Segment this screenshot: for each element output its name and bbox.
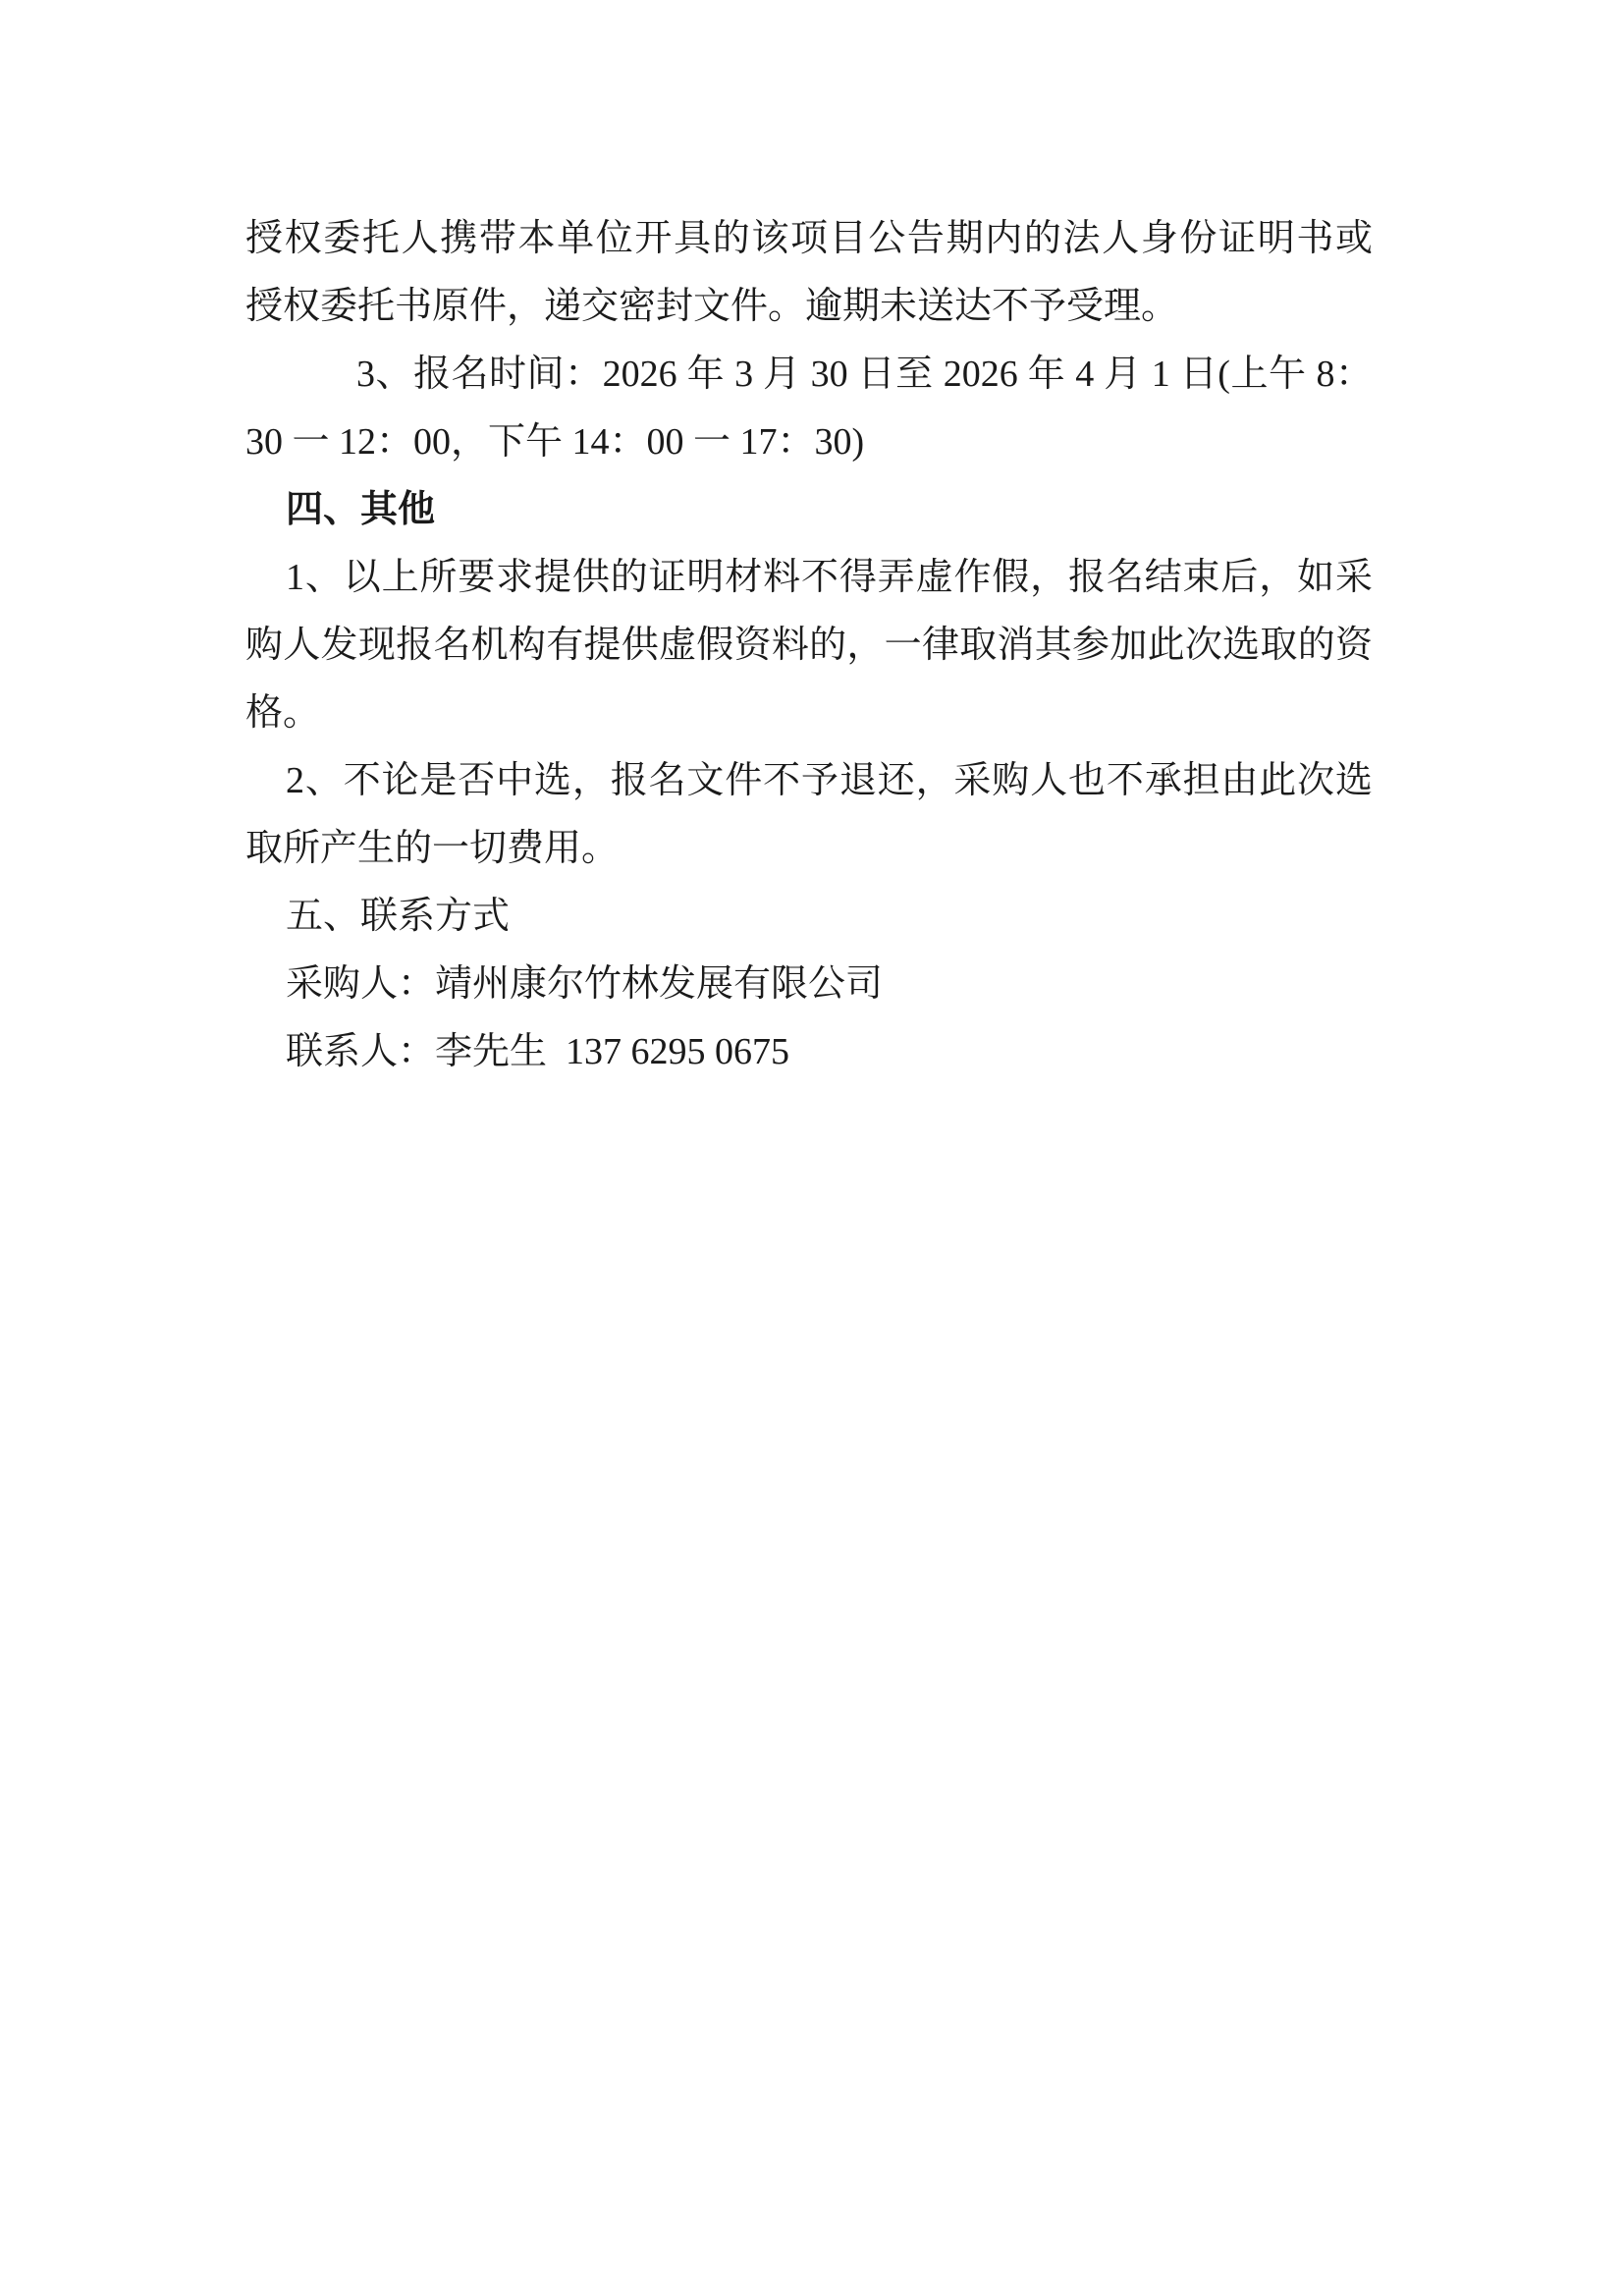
document-page: 授权委托人携带本单位开具的该项目公告期内的法人身份证明书或 授权委托书原件，递交…: [0, 0, 1623, 2296]
list-item-registration-time-line-1: 3、报名时间：2026 年 3 月 30 日至 2026 年 4 月 1 日(上…: [245, 341, 1373, 409]
contact-person-line: 联系人：李先生 137 6295 0675: [245, 1018, 1373, 1086]
list-item-2-line-1: 2、不论是否中选，报名文件不予退还，采购人也不承担由此次选: [245, 747, 1373, 815]
paragraph-authorization-line-1: 授权委托人携带本单位开具的该项目公告期内的法人身份证明书或: [245, 205, 1373, 273]
paragraph-authorization-line-2: 授权委托书原件，递交密封文件。逾期未送达不予受理。: [245, 273, 1373, 341]
section-heading-five-contact: 五、联系方式: [245, 883, 1373, 951]
list-item-1-line-2: 购人发现报名机构有提供虚假资料的，一律取消其参加此次选取的资: [245, 612, 1373, 680]
text-block: 授权委托人携带本单位开具的该项目公告期内的法人身份证明书或 授权委托书原件，递交…: [245, 205, 1373, 1086]
section-heading-four-other: 四、其他: [245, 476, 1373, 544]
list-item-registration-time-line-2: 30 一 12：00，下午 14：00 一 17：30): [245, 409, 1373, 476]
list-item-2-line-2: 取所产生的一切费用。: [245, 815, 1373, 883]
list-item-1-line-3: 格。: [245, 680, 1373, 747]
contact-purchaser-line: 采购人：靖州康尔竹林发展有限公司: [245, 951, 1373, 1018]
list-item-1-line-1: 1、以上所要求提供的证明材料不得弄虚作假，报名结束后，如采: [245, 544, 1373, 612]
